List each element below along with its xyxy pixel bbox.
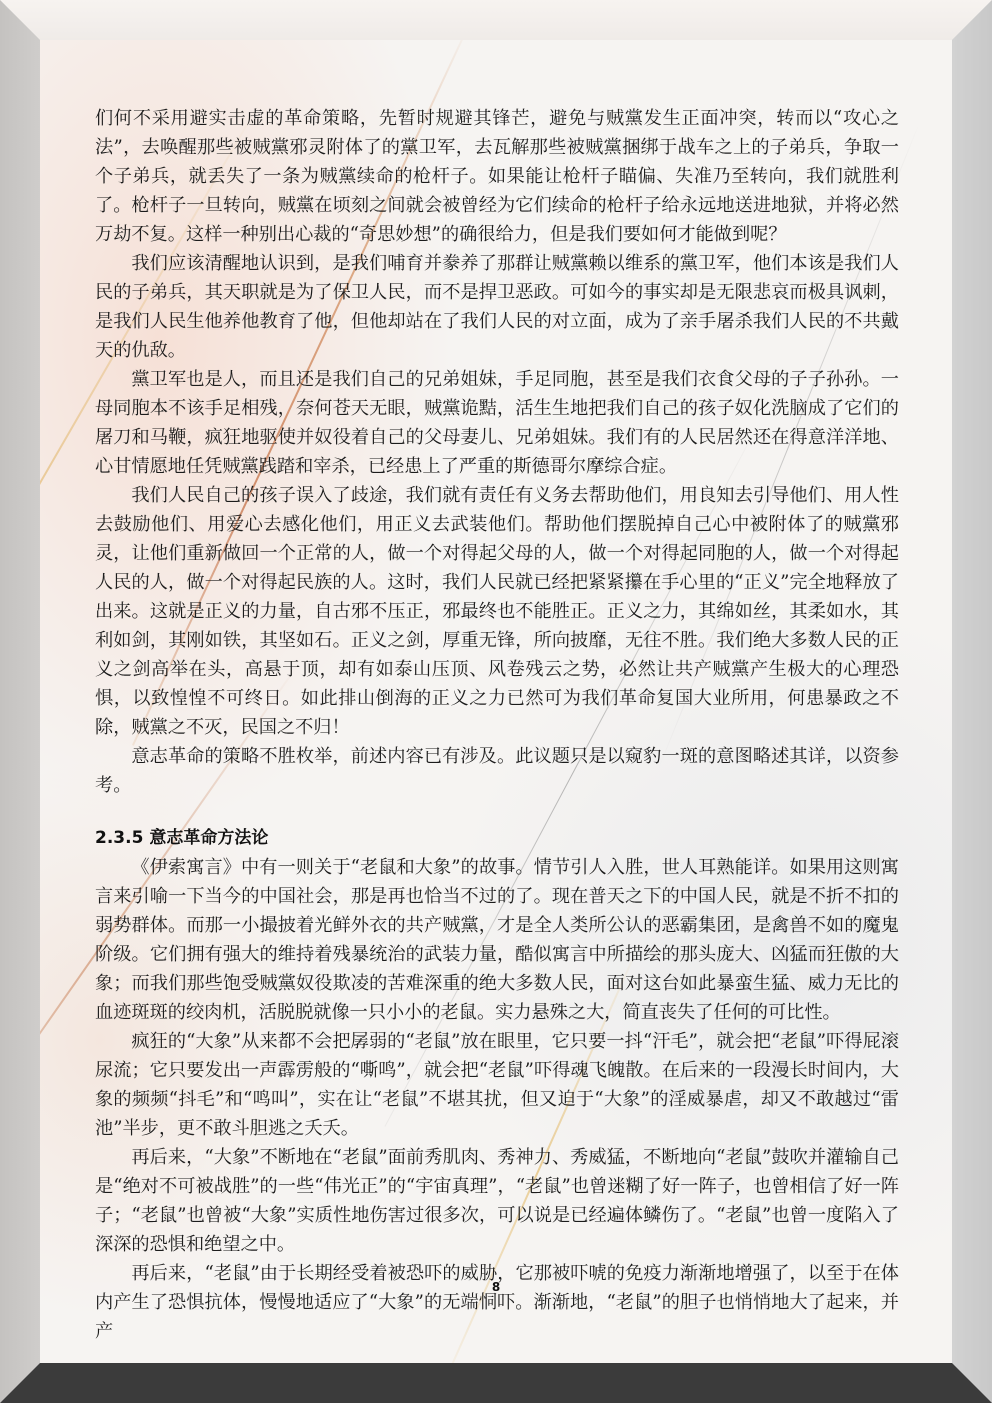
paragraph: 我们人民自己的孩子误入了歧途，我们就有责任有义务去帮助他们，用良知去引导他们、用… — [95, 481, 899, 742]
page-number: 8 — [40, 1280, 952, 1294]
paragraph: 再后来，“老鼠”由于长期经受着被恐吓的威胁，它那被吓唬的免疫力渐渐地增强了，以至… — [95, 1259, 899, 1346]
paragraph: 黨卫军也是人，而且还是我们自己的兄弟姐妹，手足同胞，甚至是我们衣食父母的子子孙孙… — [95, 365, 899, 481]
paragraph: 们何不采用避实击虚的革命策略，先暂时规避其锋芒，避免与贼黨发生正面冲突，转而以“… — [95, 104, 899, 249]
page-body: 们何不采用避实击虚的革命策略，先暂时规避其锋芒，避免与贼黨发生正面冲突，转而以“… — [95, 104, 899, 1346]
frame-bevel-bottom — [0, 1363, 992, 1403]
section-heading: 2.3.5 意志革命方法论 — [95, 825, 899, 851]
paragraph: 我们应该清醒地认识到，是我们哺育并豢养了那群让贼黨赖以维系的黨卫军，他们本该是我… — [95, 249, 899, 365]
paragraph: 《伊索寓言》中有一则关于“老鼠和大象”的故事。情节引人入胜，世人耳熟能详。如果用… — [95, 853, 899, 1027]
paragraph: 疯狂的“大象”从来都不会把孱弱的“老鼠”放在眼里，它只要一抖“汗毛”，就会把“老… — [95, 1027, 899, 1143]
frame-bevel-right — [952, 0, 992, 1403]
paragraph: 意志革命的策略不胜枚举，前述内容已有涉及。此议题只是以窥豹一斑的意图略述其详，以… — [95, 742, 899, 800]
document-page: 们何不采用避实击虚的革命策略，先暂时规避其锋芒，避免与贼黨发生正面冲突，转而以“… — [40, 40, 952, 1363]
frame-bevel-top — [0, 0, 992, 40]
paragraph: 再后来，“大象”不断地在“老鼠”面前秀肌肉、秀神力、秀威猛，不断地向“老鼠”鼓吹… — [95, 1143, 899, 1259]
frame-bevel-left — [0, 0, 40, 1403]
